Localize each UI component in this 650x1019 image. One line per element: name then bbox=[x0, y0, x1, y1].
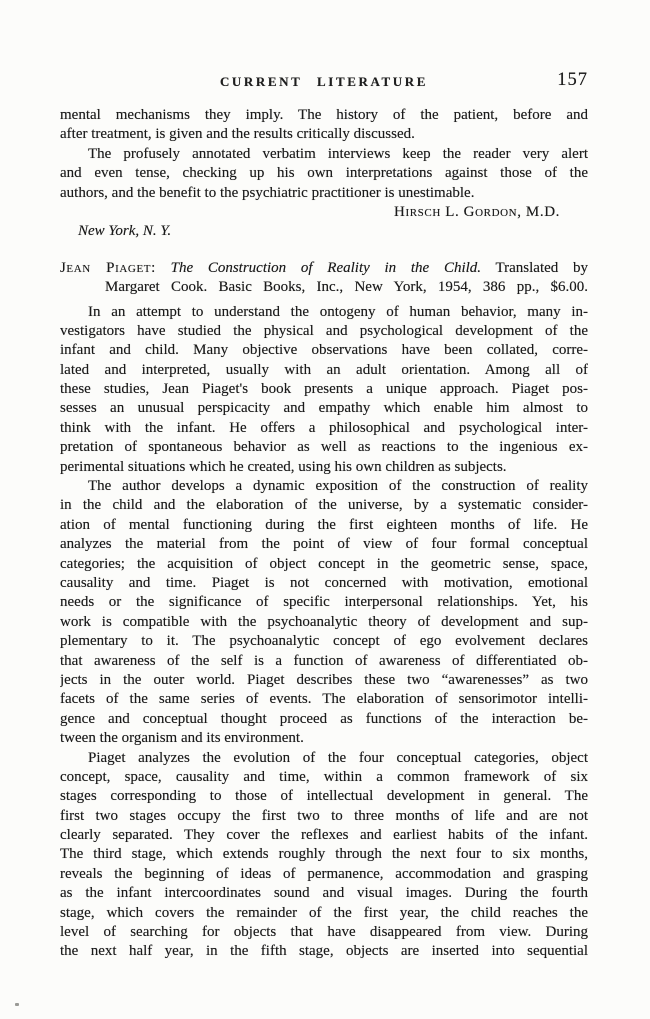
text-line: lated and interpreted, usually with an a… bbox=[60, 361, 588, 380]
text-line: authors, and the benefit to the psychiat… bbox=[60, 184, 588, 203]
paragraph-piaget-1: In an attempt to understand the ontogeny… bbox=[60, 303, 588, 478]
text-line: The profusely annotated verbatim intervi… bbox=[60, 145, 588, 164]
text-line: The author develops a dynamic exposition… bbox=[60, 477, 588, 496]
text-line: clearly separated. They cover the reflex… bbox=[60, 826, 588, 845]
paragraph-piaget-2: The author develops a dynamic exposition… bbox=[60, 477, 588, 748]
page-number: 157 bbox=[557, 70, 588, 91]
scanned-book-page: CURRENT LITERATURE 157 mental mechanisms… bbox=[0, 0, 650, 1019]
text-line: The third stage, which extends roughly t… bbox=[60, 845, 588, 864]
text-line: in the child and the elaboration of the … bbox=[60, 496, 588, 515]
text-line: level of searching for objects that have… bbox=[60, 923, 588, 942]
citation-line: Margaret Cook. Basic Books, Inc., New Yo… bbox=[60, 278, 588, 297]
text-line: stages corresponding to those of intelle… bbox=[60, 787, 588, 806]
text-line: plementary to it. The psychoanalytic con… bbox=[60, 632, 588, 651]
text-line: needs or the significance of specific in… bbox=[60, 593, 588, 612]
text-line: sesses an unusual perspicacity and empat… bbox=[60, 399, 588, 418]
text-line: infant and child. Many objective observa… bbox=[60, 341, 588, 360]
book-citation: Jean Piaget: The Construction of Reality… bbox=[60, 259, 588, 298]
text-line: these studies, Jean Piaget's book presen… bbox=[60, 380, 588, 399]
text-line: jects in the outer world. Piaget describ… bbox=[60, 671, 588, 690]
text-line: as the infant intercoordinates sound and… bbox=[60, 884, 588, 903]
text-line: concept, space, causality and time, with… bbox=[60, 768, 588, 787]
text-line: facets of the same series of events. The… bbox=[60, 690, 588, 709]
text-line: tween the organism and its environment. bbox=[60, 729, 588, 748]
text-line: mental mechanisms they imply. The histor… bbox=[60, 106, 588, 125]
text-line: stage, which covers the remainder of the… bbox=[60, 904, 588, 923]
text-line: first two stages occupy the first two to… bbox=[60, 807, 588, 826]
text-line: work is compatible with the psychoanalyt… bbox=[60, 613, 588, 632]
paragraph-piaget-3: Piaget analyzes the evolution of the fou… bbox=[60, 749, 588, 962]
text-line: think with the infant. He offers a philo… bbox=[60, 419, 588, 438]
running-head: CURRENT LITERATURE 157 bbox=[60, 74, 588, 92]
reviewer-location: New York, N. Y. bbox=[60, 222, 588, 241]
paragraph-gordon-closing: The profusely annotated verbatim intervi… bbox=[60, 145, 588, 203]
page-body: mental mechanisms they imply. The histor… bbox=[60, 106, 588, 962]
running-title: CURRENT LITERATURE bbox=[60, 74, 588, 90]
text-line: the next half year, in the fifth stage, … bbox=[60, 942, 588, 961]
citation-book-title: The Construction of Reality in the Child… bbox=[171, 260, 481, 276]
paragraph-gordon-continuation: mental mechanisms they imply. The histor… bbox=[60, 106, 588, 145]
text-line: ation of mental functioning during the f… bbox=[60, 516, 588, 535]
text-line: Piaget analyzes the evolution of the fou… bbox=[60, 749, 588, 768]
text-line: vestigators have studied the physical an… bbox=[60, 322, 588, 341]
reviewer-signature: Hirsch L. Gordon, M.D. bbox=[60, 203, 588, 222]
citation-line: Jean Piaget: The Construction of Reality… bbox=[60, 259, 588, 278]
text-line: perimental situations which he created, … bbox=[60, 458, 588, 477]
text-line: In an attempt to understand the ontogeny… bbox=[60, 303, 588, 322]
text-line: that awareness of the self is a function… bbox=[60, 652, 588, 671]
text-line: and even tense, checking up his own inte… bbox=[60, 164, 588, 183]
text-line: pretation of spontaneous behavior as wel… bbox=[60, 438, 588, 457]
text-line: analyzes the material from the point of … bbox=[60, 535, 588, 554]
text-line: categories; the acquisition of object co… bbox=[60, 555, 588, 574]
citation-translator-note: Translated by bbox=[496, 260, 589, 276]
citation-author: Jean Piaget: bbox=[60, 260, 156, 276]
text-line: causality and time. Piaget is not concer… bbox=[60, 574, 588, 593]
scan-artifact-speck bbox=[15, 1003, 19, 1006]
text-line: gence and conceptual thought proceed as … bbox=[60, 710, 588, 729]
text-line: after treatment, is given and the result… bbox=[60, 125, 588, 144]
text-line: reveals the beginning of ideas of perman… bbox=[60, 865, 588, 884]
